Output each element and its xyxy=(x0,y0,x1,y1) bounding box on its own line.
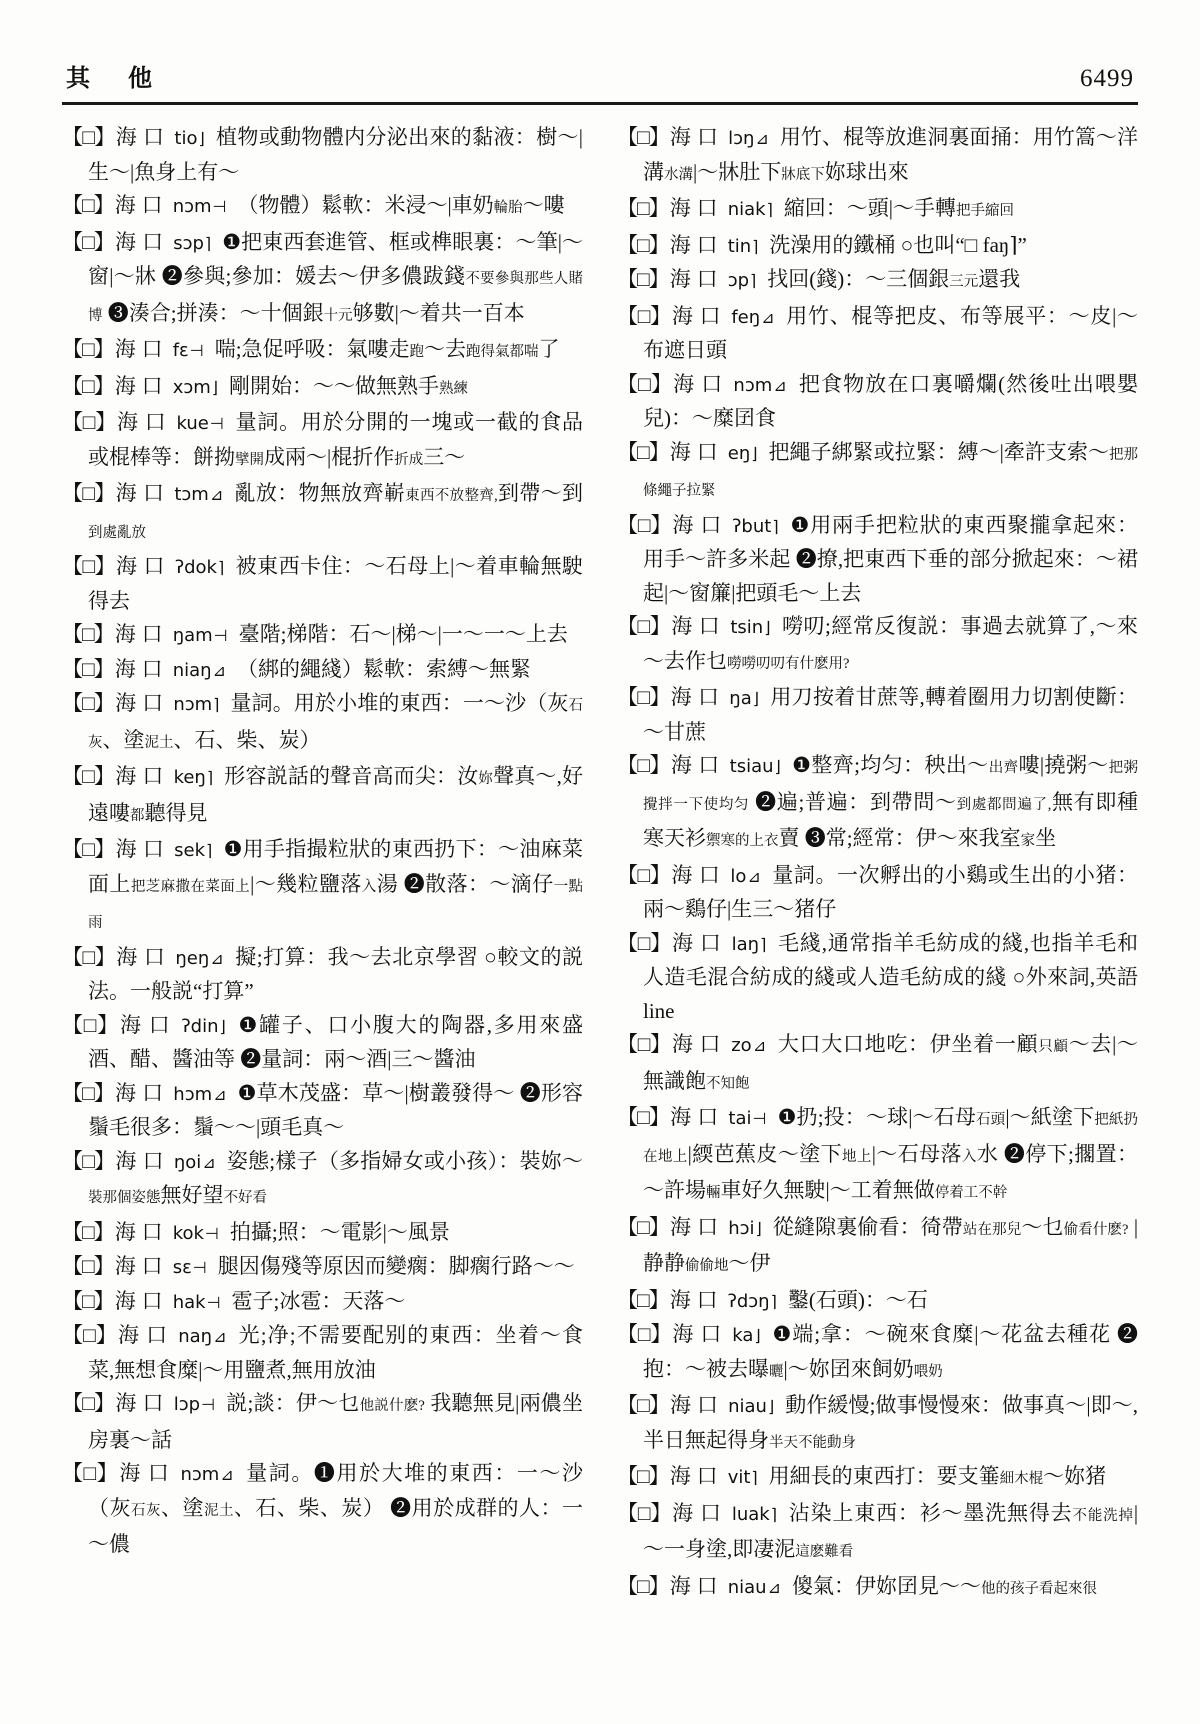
gloss-text: 石灰 xyxy=(131,1503,161,1519)
tone-letter: ⌋ xyxy=(754,1326,760,1345)
dictionary-entry: 【□】海口tsin⌋嘮叨;經常反復説：事過去就算了,～來～去作乜嘮嘮叨叨有什麽用… xyxy=(617,610,1138,681)
gloss-text: 把手縮回 xyxy=(956,203,1014,219)
dictionary-entry: 【□】海口hak⊣雹子;冰雹：天落～ xyxy=(62,1285,583,1320)
pronunciation: vit xyxy=(728,1467,751,1488)
definition-text: 亂放：物無放齊嶄 xyxy=(234,481,405,505)
dictionary-entry: 【□】海口tɔm⊿亂放：物無放齊嶄東西不放整齊,到帶～到到處亂放 xyxy=(62,477,583,550)
tone-letter: ⊿ xyxy=(213,1327,226,1346)
headword-box: 【□】 xyxy=(62,410,116,434)
gloss-text: 擘開 xyxy=(235,452,264,468)
tone-letter: ⌉ xyxy=(751,1468,757,1487)
dictionary-entry: 【□】海口ŋeŋ⊿擬;打算：我～去北京學習 ○較文的説法。一般説“打算” xyxy=(62,941,583,1009)
headword-box: 【□】 xyxy=(617,614,670,638)
dialect-label: 海口 xyxy=(119,1461,176,1485)
pronunciation: ʔdɔŋ xyxy=(728,1291,770,1312)
dictionary-entry: 【□】海口lo⊿量詞。一次孵出的小鷄或生出的小猪：兩～鷄仔|生三～猪仔 xyxy=(617,859,1138,927)
pronunciation: ŋa xyxy=(729,688,751,709)
headword-box: 【□】 xyxy=(617,440,669,464)
dialect-label: 海口 xyxy=(115,657,169,681)
pronunciation: kue xyxy=(177,413,209,434)
page-number: 6499 xyxy=(1080,65,1134,93)
dictionary-entry: 【□】海口sɛ⊣腿因傷殘等原因而變瘸：脚瘸行路～～ xyxy=(62,1250,583,1285)
tone-letter: ⊣ xyxy=(201,1395,215,1414)
headword-box: 【□】 xyxy=(62,337,114,361)
headword-box: 【□】 xyxy=(62,1220,114,1244)
dialect-label: 海口 xyxy=(115,1149,169,1173)
tone-letter: ⌋ xyxy=(775,757,781,776)
definition-text: 腿因傷殘等原因而變瘸：脚瘸行路～～ xyxy=(218,1254,575,1278)
definition-text: 用細長的東西打：要支箠 xyxy=(769,1464,1000,1488)
dictionary-entry: 【□】海口sɔp⌉❶把東西套進管、框或榫眼裏：～筆|～窗|～牀 ❷參與;參加：媛… xyxy=(62,226,583,334)
tone-letter: ⌉ xyxy=(207,768,213,787)
dictionary-entry: 【□】海口ŋam⊣臺階;梯階：石～|梯～|一～一～上去 xyxy=(62,618,583,653)
section-title: 其 他 xyxy=(66,58,168,93)
definition-text: 沾染上東西：衫～墨洗無得去 xyxy=(788,1501,1073,1525)
dialect-label: 海口 xyxy=(670,1288,724,1312)
headword-box: 【□】 xyxy=(62,1391,114,1415)
dialect-label: 海口 xyxy=(671,614,726,638)
tone-letter: ⌉ xyxy=(771,1292,777,1311)
dialect-label: 海口 xyxy=(672,1501,728,1525)
gloss-text: 停着工不幹 xyxy=(935,1185,1008,1201)
headword-box: 【□】 xyxy=(62,1013,119,1037)
pronunciation: lɔŋ xyxy=(728,128,754,149)
gloss-text: 細木棍 xyxy=(1000,1471,1044,1487)
tone-letter: ⊣ xyxy=(207,1293,221,1312)
definition-text: ❸湊合;拼湊：～十個銀 xyxy=(103,301,324,325)
definition-text: 、塗 xyxy=(103,728,145,752)
dictionary-entry: 【□】海口nɔm⌉量詞。用於小堆的東西：一～沙（灰石灰、塗泥土、石、柴、炭） xyxy=(62,687,583,760)
gloss-text: 都 xyxy=(130,808,145,824)
dialect-label: 海口 xyxy=(672,513,728,537)
dialect-label: 海口 xyxy=(670,1105,724,1129)
entry-columns: 【□】海口tio⌋植物或動物體内分泌出來的黏液：樹～|生～|魚身上有～【□】海口… xyxy=(62,121,1138,1681)
dictionary-entry: 【□】海口hɔm⊿❶草木茂盛：草～|樹叢發得～ ❷形容鬚毛很多：鬚～～|頭毛真～ xyxy=(62,1077,583,1145)
dialect-label: 海口 xyxy=(116,837,171,861)
gloss-text: 東西不放整齊, xyxy=(405,488,498,504)
pronunciation: laŋ xyxy=(732,934,759,955)
gloss-text: 石頭 xyxy=(976,1112,1005,1128)
dialect-label: 海口 xyxy=(115,1254,169,1278)
dialect-label: 海口 xyxy=(671,863,726,887)
dialect-label: 海口 xyxy=(673,372,729,396)
definition-text: 聽得見 xyxy=(145,801,208,825)
definition-text: 成兩～|棍折作 xyxy=(264,445,394,469)
dialect-label: 海口 xyxy=(672,931,728,955)
dictionary-entry: 【□】海口hɔi⌋從縫隙裏偷看：徛帶站在那兒～乜偷看什麽? |静静偷偷地～伊 xyxy=(617,1211,1138,1284)
dialect-label: 海口 xyxy=(115,1081,169,1105)
gloss-text: 三元 xyxy=(949,274,978,290)
gloss-text: 站在那兒 xyxy=(963,1222,1021,1238)
dialect-label: 海口 xyxy=(115,337,169,361)
gloss-text: 跑 xyxy=(410,344,425,360)
gloss-text: 地上 xyxy=(842,1149,872,1165)
tone-letter: ⊿ xyxy=(773,376,786,395)
headword-box: 【□】 xyxy=(617,196,669,220)
pronunciation: nɔm xyxy=(733,375,772,396)
tone-letter: ⌉ xyxy=(750,271,756,290)
gloss-text: 入 xyxy=(962,1149,977,1165)
dialect-label: 海口 xyxy=(670,1574,724,1598)
dictionary-entry: 【□】海口niau⌋動作緩慢;做事慢慢來：做事真～|即～,半日無起得身半天不能動… xyxy=(617,1389,1138,1460)
tone-letter: ⌋ xyxy=(751,444,757,463)
definition-text: 坐 xyxy=(1035,826,1056,850)
tone-letter: ⌉ xyxy=(752,237,758,256)
definition-text: 了 xyxy=(539,337,560,361)
dictionary-entry: 【□】海口ŋoi⊿姿態;樣子（多指婦女或小孩）：裝妳～裝那個姿態無好望不好看 xyxy=(62,1145,583,1216)
pronunciation: ŋoi xyxy=(174,1152,201,1173)
tone-letter: ⊿ xyxy=(210,485,223,504)
definition-text: 縮回：～頭|～手轉 xyxy=(784,196,956,220)
definition-text: 雹子;冰雹：天落～ xyxy=(232,1289,406,1313)
dictionary-entry: 【□】海口keŋ⌉形容説話的聲音高而尖：汝妳聲真～,好遠嘍都聽得見 xyxy=(62,760,583,833)
gloss-text: 這麽難看 xyxy=(795,1544,853,1560)
definition-text: 妳球出來 xyxy=(825,160,909,184)
gloss-text: 牀底下 xyxy=(781,167,825,183)
pronunciation: hɔm xyxy=(173,1084,212,1105)
dialect-label: 海口 xyxy=(670,125,724,149)
definition-text: 、塗 xyxy=(161,1496,204,1520)
dictionary-entry: 【□】海口tin⌉洗澡用的鐵桶 ○也叫“□ faŋ⌉” xyxy=(617,229,1138,264)
gloss-text: 熟練 xyxy=(439,381,468,397)
definition-text: 傻氣：伊妳囝見～～ xyxy=(792,1574,981,1598)
headword-box: 【□】 xyxy=(617,125,669,149)
tone-letter: ⊿ xyxy=(768,1578,781,1597)
tone-letter: ⌋ xyxy=(220,1017,226,1036)
pronunciation: luak xyxy=(732,1504,770,1525)
headword-box: 【□】 xyxy=(62,1461,118,1485)
gloss-text: 把芝麻撒在菜面上 xyxy=(131,879,250,895)
page-header: 其 他 6499 xyxy=(62,58,1138,93)
pronunciation: lo xyxy=(730,866,746,887)
headword-box: 【□】 xyxy=(617,1574,669,1598)
pronunciation: ʔdin xyxy=(182,1016,219,1037)
dictionary-entry: 【□】海口ʔdɔŋ⌉鑿(石頭)：～石 xyxy=(617,1284,1138,1319)
dialect-label: 海口 xyxy=(671,753,726,777)
definition-text: 洗澡用的鐵桶 ○也叫“□ faŋ⌉” xyxy=(769,233,1026,257)
headword-box: 【□】 xyxy=(617,233,669,257)
definition-text: 拍攝;照：～電影|～風景 xyxy=(230,1220,450,1244)
definition-text: ～去 xyxy=(424,337,466,361)
tone-letter: ⊿ xyxy=(202,1153,215,1172)
dictionary-page: 其 他 6499 【□】海口tio⌋植物或動物體内分泌出來的黏液：樹～|生～|魚… xyxy=(0,0,1200,1681)
dialect-label: 海口 xyxy=(120,1013,178,1037)
pronunciation: eŋ xyxy=(728,443,750,464)
headword-box: 【□】 xyxy=(62,1081,114,1105)
headword-box: 【□】 xyxy=(62,691,114,715)
dialect-label: 海口 xyxy=(115,622,169,646)
pronunciation: kok xyxy=(173,1223,204,1244)
dictionary-entry: 【□】海口tsiau⌋❶整齊;均匀：秧出～出齊嘍|撓粥～把粥攪拌一下使均匀 ❷遍… xyxy=(617,749,1138,859)
dictionary-entry: 【□】海口ɔp⌉找回(錢)：～三個銀三元還我 xyxy=(617,263,1138,300)
gloss-text: 不好看 xyxy=(224,1190,268,1206)
gloss-text: 妳 xyxy=(478,771,493,787)
dialect-label: 海口 xyxy=(670,440,724,464)
headword-box: 【□】 xyxy=(617,753,670,777)
definition-text: 、石、柴、炭） xyxy=(174,728,321,752)
definition-text: |～石母落 xyxy=(872,1142,962,1166)
dialect-label: 海口 xyxy=(116,481,171,505)
dictionary-entry: 【□】海口ʔdok⌉被東西卡住：～石母上|～着車輪無駛得去 xyxy=(62,550,583,618)
headword-box: 【□】 xyxy=(617,1215,669,1239)
dialect-label: 海口 xyxy=(670,267,724,291)
dictionary-entry: 【□】海口vit⌉用細長的東西打：要支箠細木棍～妳猪 xyxy=(617,1460,1138,1497)
definition-text: |～妳囝來飼奶 xyxy=(784,1357,914,1381)
definition-text: |～幾粒鹽落 xyxy=(250,872,362,896)
dictionary-entry: 【□】海口xɔm⌋剛開始：～～做無熟手熟練 xyxy=(62,370,583,407)
headword-box: 【□】 xyxy=(62,125,115,149)
tone-letter: ⊣ xyxy=(214,626,228,645)
dictionary-entry: 【□】海口laŋ⌉毛綫,通常指羊毛紡成的綫,也指羊毛和人造毛混合紡成的綫或人造毛… xyxy=(617,927,1138,1029)
dialect-label: 海口 xyxy=(115,691,169,715)
tone-letter: ⊿ xyxy=(761,308,774,327)
dialect-label: 海口 xyxy=(671,685,726,709)
dialect-label: 海口 xyxy=(116,554,171,578)
pronunciation: tsiau xyxy=(730,756,774,777)
dialect-label: 海口 xyxy=(670,233,724,257)
column-left: 【□】海口tio⌋植物或動物體内分泌出來的黏液：樹～|生～|魚身上有～【□】海口… xyxy=(62,121,583,1681)
pronunciation: ɔp xyxy=(728,270,749,291)
headword-box: 【□】 xyxy=(617,372,672,396)
definition-text: 剛開始：～～做無熟手 xyxy=(229,374,439,398)
pronunciation: hɔi xyxy=(728,1218,754,1239)
dictionary-entry: 【□】海口nɔm⊿量詞。❶用於大堆的東西：一～沙（灰石灰、塗泥土、石、柴、炭） … xyxy=(62,1457,583,1562)
headword-box: 【□】 xyxy=(617,304,671,328)
headword-box: 【□】 xyxy=(62,657,114,681)
definition-text: 車好久無駛|～工着無做 xyxy=(721,1178,935,1202)
dialect-label: 海口 xyxy=(670,196,724,220)
definition-text: |～紙塗下 xyxy=(1005,1105,1094,1129)
tone-letter: ⊣ xyxy=(193,1258,207,1277)
headword-box: 【□】 xyxy=(62,230,114,254)
gloss-text: 泥土 xyxy=(145,735,174,751)
tone-letter: ⌉ xyxy=(767,200,773,219)
tone-letter: ⌉ xyxy=(205,234,211,253)
headword-box: 【□】 xyxy=(617,685,670,709)
tone-letter: ⌋ xyxy=(212,378,218,397)
tone-letter: ⌋ xyxy=(764,618,770,637)
definition-text: ❶扔;投：～球|～石母 xyxy=(777,1105,976,1129)
headword-box: 【□】 xyxy=(617,1322,671,1346)
tone-letter: ⊿ xyxy=(213,661,226,680)
pronunciation: naŋ xyxy=(178,1326,212,1347)
dictionary-entry: 【□】海口fɛ⊣喘;急促呼吸：氣嘍走跑～去跑得氣都喘了 xyxy=(62,333,583,370)
pronunciation: niau xyxy=(728,1577,767,1598)
headword-box: 【□】 xyxy=(617,1032,671,1056)
gloss-text: 輛 xyxy=(706,1185,721,1201)
headword-box: 【□】 xyxy=(617,1464,669,1488)
definition-text: 賣 ❸常;經常：伊～來我室 xyxy=(779,826,1021,850)
headword-box: 【□】 xyxy=(62,945,115,969)
dictionary-entry: 【□】海口feŋ⊿用竹、棍等把皮、布等展平：～皮|～布遮日頭 xyxy=(617,300,1138,368)
tone-letter: ⌋ xyxy=(198,129,204,148)
pronunciation: ŋeŋ xyxy=(175,948,209,969)
definition-text: 到帶～到 xyxy=(498,481,583,505)
tone-letter: ⌉ xyxy=(213,695,219,714)
headword-box: 【□】 xyxy=(62,1323,117,1347)
gloss-text: 嘮嘮叨叨有什麽用? xyxy=(727,656,849,672)
definition-text: ～嘍 xyxy=(523,193,565,217)
pronunciation: nɔm xyxy=(173,694,212,715)
tone-letter: ⌉ xyxy=(218,558,224,577)
gloss-text: 輪胎 xyxy=(494,200,523,216)
column-right: 【□】海口lɔŋ⊿用竹、棍等放進洞裏面捅：用竹篙～洋溝水溝|～牀肚下牀底下妳球出… xyxy=(617,121,1138,1681)
headword-box: 【□】 xyxy=(62,193,114,217)
headword-box: 【□】 xyxy=(62,374,114,398)
tone-letter: ⌉ xyxy=(206,841,212,860)
definition-text: （物體）鬆軟：米浸～|車奶 xyxy=(237,193,493,217)
dictionary-entry: 【□】海口ka⌋❶端;拿：～碗來食糜|～花盆去種花 ❷抱：～被去曝曬|～妳囝來飼… xyxy=(617,1318,1138,1389)
tone-letter: ⊣ xyxy=(213,197,227,216)
gloss-text: 折成 xyxy=(394,452,423,468)
pronunciation: keŋ xyxy=(174,767,206,788)
gloss-text: 偷偷地 xyxy=(685,1258,729,1274)
pronunciation: tsin xyxy=(730,617,763,638)
pronunciation: tɔm xyxy=(174,484,208,505)
definition-text: 量詞。用於小堆的東西：一～沙（灰 xyxy=(230,691,568,715)
definition-text: 找回(錢)：～三個銀 xyxy=(767,267,949,291)
headword-box: 【□】 xyxy=(617,513,671,537)
tone-letter: ⌉ xyxy=(760,935,766,954)
dialect-label: 海口 xyxy=(115,1220,169,1244)
pronunciation: tin xyxy=(728,236,751,257)
definition-text: 形容説話的聲音高而尖：汝 xyxy=(224,764,478,788)
pronunciation: nɔm xyxy=(180,1464,219,1485)
gloss-text: 曬 xyxy=(769,1364,784,1380)
definition-text: 説;談：伊～乜 xyxy=(226,1391,360,1415)
dialect-label: 海口 xyxy=(117,410,173,434)
dialect-label: 海口 xyxy=(672,1322,728,1346)
gloss-text: 不能洗掉 xyxy=(1073,1508,1134,1524)
tone-letter: ⌋ xyxy=(768,1397,774,1416)
dialect-label: 海口 xyxy=(670,1464,724,1488)
tone-letter: ⌉ xyxy=(771,1505,777,1524)
definition-text: 嘍|撓粥～ xyxy=(1018,753,1108,777)
gloss-text: 只顧 xyxy=(1038,1039,1068,1055)
pronunciation: sɛ xyxy=(173,1257,192,1278)
definition-text: （綁的繩綫）鬆軟：索縛～無緊 xyxy=(237,657,531,681)
dictionary-entry: 【□】海口niau⊿傻氣：伊妳囝見～～他的孩子看起來很 xyxy=(617,1570,1138,1607)
definition-text: ❷遍;普遍：到帶問～ xyxy=(749,790,956,814)
definition-text: ❶整齊;均匀：秧出～ xyxy=(792,753,989,777)
headword-box: 【□】 xyxy=(62,1289,114,1313)
definition-text: 姿態;樣子（多指婦女或小孩）：裝妳～ xyxy=(227,1149,583,1173)
gloss-text: 到處都問遍了, xyxy=(957,797,1052,813)
headword-box: 【□】 xyxy=(62,481,115,505)
pronunciation: hak xyxy=(173,1292,206,1313)
pronunciation: sɔp xyxy=(173,233,204,254)
dialect-label: 海口 xyxy=(118,1323,174,1347)
pronunciation: zo xyxy=(731,1035,751,1056)
header-rule xyxy=(62,102,1138,105)
definition-text: 鑿(石頭)：～石 xyxy=(788,1288,928,1312)
definition-text: 三～ xyxy=(423,445,465,469)
gloss-text: 入 xyxy=(362,879,377,895)
gloss-text: 他説什麽? xyxy=(360,1398,425,1414)
dictionary-entry: 【□】海口naŋ⊿光;净;不需要配别的東西：坐着～食菜,無想食糜|～用鹽煮,無用… xyxy=(62,1319,583,1387)
tone-letter: ⊿ xyxy=(753,1036,766,1055)
dialect-label: 海口 xyxy=(116,125,171,149)
dictionary-entry: 【□】海口tio⌋植物或動物體内分泌出來的黏液：樹～|生～|魚身上有～ xyxy=(62,121,583,189)
headword-box: 【□】 xyxy=(617,1288,669,1312)
headword-box: 【□】 xyxy=(62,1149,114,1173)
tone-letter: ⊣ xyxy=(753,1109,767,1128)
tone-letter: ⊿ xyxy=(755,129,768,148)
dialect-label: 海口 xyxy=(115,1289,169,1313)
pronunciation: sek xyxy=(174,840,205,861)
dialect-label: 海口 xyxy=(672,1032,727,1056)
headword-box: 【□】 xyxy=(62,837,115,861)
pronunciation: niak xyxy=(728,199,766,220)
dialect-label: 海口 xyxy=(115,1391,169,1415)
dictionary-entry: 【□】海口lɔp⊣説;談：伊～乜他説什麽? 我聽無見|兩儂坐房裏～話 xyxy=(62,1387,583,1457)
gloss-text: 喂奶 xyxy=(914,1364,943,1380)
dictionary-entry: 【□】海口tai⊣❶扔;投：～球|～石母石頭|～紙塗下把紙扔在地上|緛芭蕉皮～塗… xyxy=(617,1101,1138,1211)
dictionary-entry: 【□】海口ʔbut⌉❶用兩手把粒狀的東西聚攏拿起來：用手～許多米起 ❷撩,把東西… xyxy=(617,509,1138,611)
pronunciation: xɔm xyxy=(173,377,211,398)
definition-text: 還我 xyxy=(978,267,1020,291)
dictionary-entry: 【□】海口kue⊣量詞。用於分開的一塊或一截的食品或棍棒等：餅拗擘開成兩～|棍折… xyxy=(62,406,583,477)
tone-letter: ⌉ xyxy=(772,517,778,536)
dialect-label: 海口 xyxy=(670,1215,724,1239)
gloss-text: 泥土 xyxy=(204,1503,234,1519)
headword-box: 【□】 xyxy=(617,267,669,291)
tone-letter: ⌋ xyxy=(756,1219,762,1238)
gloss-text: 水溝 xyxy=(664,167,693,183)
definition-text: 湯 ❷散落：～滴仔 xyxy=(377,872,554,896)
definition-text: |～牀肚下 xyxy=(693,160,781,184)
dictionary-entry: 【□】海口kok⊣拍攝;照：～電影|～風景 xyxy=(62,1216,583,1251)
headword-box: 【□】 xyxy=(617,1105,669,1129)
gloss-text: 跑得氣都喘 xyxy=(466,344,539,360)
definition-text: ～乜 xyxy=(1021,1215,1063,1239)
definition-text: ～妳猪 xyxy=(1043,1464,1106,1488)
pronunciation: nɔm xyxy=(173,196,212,217)
dictionary-entry: 【□】海口nɔm⊿把食物放在口裏嚼爛(然後吐出喂嬰兒)：～糜囝食 xyxy=(617,368,1138,436)
tone-letter: ⌋ xyxy=(753,689,759,708)
headword-box: 【□】 xyxy=(62,554,115,578)
definition-text: 把繩子綁緊或拉緊：縛～|牽許支索～ xyxy=(769,440,1109,464)
pronunciation: niaŋ xyxy=(173,660,212,681)
headword-box: 【□】 xyxy=(62,1254,114,1278)
dictionary-entry: 【□】海口niaŋ⊿（綁的繩綫）鬆軟：索縛～無緊 xyxy=(62,653,583,688)
tone-letter: ⊿ xyxy=(213,1085,226,1104)
dialect-label: 海口 xyxy=(672,304,727,328)
gloss-text: 十元 xyxy=(324,308,353,324)
definition-text: 大口大口地吃：伊坐着一顧 xyxy=(777,1032,1038,1056)
pronunciation: ŋam xyxy=(173,625,213,646)
headword-box: 【□】 xyxy=(617,1393,669,1417)
gloss-text: 到處亂放 xyxy=(88,525,146,541)
dialect-label: 海口 xyxy=(116,945,171,969)
pronunciation: feŋ xyxy=(731,307,760,328)
gloss-text: 他的孩子看起來很 xyxy=(981,1581,1097,1597)
gloss-text: 半天不能動身 xyxy=(769,1435,856,1451)
gloss-text: 禦寒的上衣 xyxy=(706,833,779,849)
headword-box: 【□】 xyxy=(617,863,670,887)
gloss-text: 偷看什麽? xyxy=(1064,1222,1129,1238)
tone-letter: ⊿ xyxy=(210,949,223,968)
definition-text: 够數|～着共一百本 xyxy=(353,301,525,325)
tone-letter: ⊣ xyxy=(205,1224,219,1243)
tone-letter: ⊿ xyxy=(747,867,760,886)
dialect-label: 海口 xyxy=(115,374,169,398)
dictionary-entry: 【□】海口zo⊿大口大口地吃：伊坐着一顧只顧～去|～無識飽不知飽 xyxy=(617,1028,1138,1101)
headword-box: 【□】 xyxy=(62,622,114,646)
pronunciation: tio xyxy=(174,128,197,149)
pronunciation: ʔbut xyxy=(732,516,771,537)
dictionary-entry: 【□】海口ŋa⌋用刀按着甘蔗等,轉着圈用力切割使斷：～甘蔗 xyxy=(617,681,1138,749)
